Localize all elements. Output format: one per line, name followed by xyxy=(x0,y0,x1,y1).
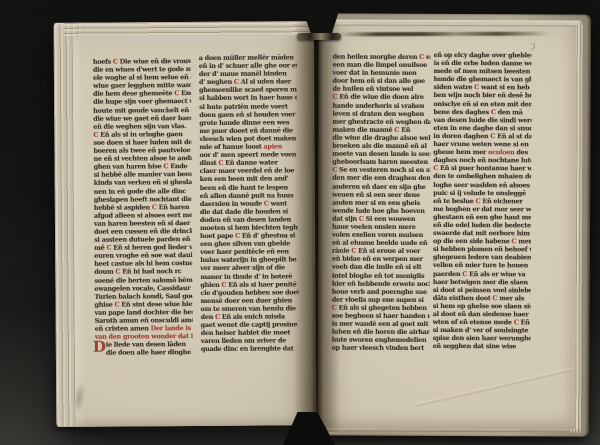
left-page: hoefs C Die wiue eñ die vrouwēdie en wiu… xyxy=(73,35,316,427)
right-page: 3 den heilen morghe deren C eñeen man di… xyxy=(317,25,576,430)
text-line: die doen alle haer dinghe xyxy=(95,348,193,357)
folio-mark: 3 xyxy=(530,42,536,52)
text-line: op haer vleesch vinden bert xyxy=(332,344,430,352)
headband xyxy=(297,33,341,40)
text-line: eñ segghen dat sine wise xyxy=(433,342,531,350)
rubric-text: oculoen xyxy=(488,148,514,156)
parchment-crease xyxy=(415,365,576,407)
rubric-text: Der lande is xyxy=(151,324,191,332)
photo-background: hoefs C Die wiue eñ die vrouwēdie en wiu… xyxy=(0,0,600,445)
manuscript-column-left-1: hoefs C Die wiue eñ die vrouwēdie en wiu… xyxy=(93,57,193,357)
parchment-smudge-stain xyxy=(73,376,89,419)
manuscript-column-right-2: eñ op elcy daghe over ghebleuēis eñ die … xyxy=(433,51,532,351)
text-line: quade dinc en brenghte dat xyxy=(201,345,299,354)
manuscript-column-right-1: den heilen morghe deren C eñeen man die … xyxy=(332,53,431,353)
page-top-edge-stain xyxy=(339,32,551,37)
manuscript-column-left-2: a doen mūller mellēr mādeneñ in d' schue… xyxy=(199,53,299,353)
rubric-text: apien xyxy=(263,142,282,150)
